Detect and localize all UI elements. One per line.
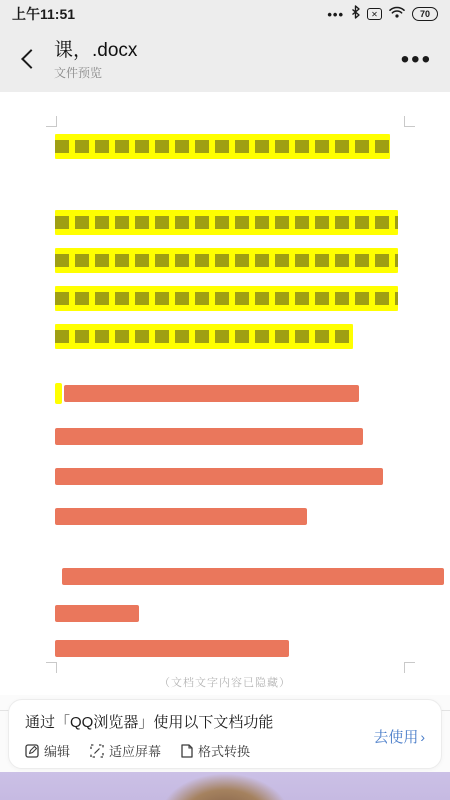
redacted-text-line bbox=[64, 385, 359, 402]
redacted-highlight-line bbox=[55, 210, 398, 235]
file-title: 课，.docx bbox=[54, 39, 399, 63]
redacted-text-line bbox=[55, 428, 363, 445]
more-menu-button[interactable]: ••• bbox=[399, 49, 434, 71]
redacted-highlight-line bbox=[55, 286, 398, 311]
battery-icon: 70 bbox=[412, 7, 438, 21]
fit-screen-button[interactable]: 适应屏幕 bbox=[90, 741, 161, 760]
redacted-highlight-line bbox=[55, 324, 353, 349]
feature-card-title: 通过「QQ浏览器」使用以下文档功能 bbox=[25, 711, 425, 732]
page-margin-mark bbox=[46, 662, 57, 673]
back-button[interactable] bbox=[16, 47, 42, 73]
no-sim-icon: ✕ bbox=[367, 8, 382, 20]
chevron-right-icon: › bbox=[420, 729, 425, 745]
header-text: 课，.docx 文件预览 bbox=[54, 39, 399, 82]
page-margin-mark bbox=[404, 662, 415, 673]
preview-label: 文件预览 bbox=[54, 64, 399, 81]
document-preview[interactable]: （文档文字内容已隐藏） bbox=[0, 92, 450, 695]
document-photo-edge bbox=[0, 772, 450, 800]
footer-zone: 通过「QQ浏览器」使用以下文档功能 编辑 适应屏幕 bbox=[0, 695, 450, 772]
redacted-text-line bbox=[62, 568, 444, 585]
go-use-label: 去使用 bbox=[373, 726, 418, 747]
document-icon bbox=[181, 744, 193, 758]
redacted-highlight-line bbox=[55, 248, 398, 273]
redacted-text-line bbox=[55, 640, 289, 657]
feature-row: 编辑 适应屏幕 格式转换 bbox=[25, 741, 425, 760]
go-use-button[interactable]: 去使用 › bbox=[373, 726, 425, 747]
app-screen: 上午11:51 ••• ✕ 70 课，.docx 文件预览 ••• bbox=[0, 0, 450, 800]
format-convert-button[interactable]: 格式转换 bbox=[181, 741, 250, 760]
clock: 上午11:51 bbox=[12, 4, 75, 24]
status-icons: ••• ✕ 70 bbox=[327, 5, 438, 24]
redaction-notice: （文档文字内容已隐藏） bbox=[0, 674, 450, 690]
bluetooth-icon bbox=[351, 5, 360, 24]
page-margin-mark bbox=[46, 116, 57, 127]
edit-icon bbox=[25, 744, 39, 758]
status-bar: 上午11:51 ••• ✕ 70 bbox=[0, 0, 450, 28]
edit-label: 编辑 bbox=[44, 741, 70, 760]
redacted-highlight-line bbox=[55, 134, 390, 159]
wifi-icon bbox=[389, 5, 405, 23]
redacted-text-line bbox=[55, 605, 139, 622]
format-convert-label: 格式转换 bbox=[198, 741, 250, 760]
redacted-text-line bbox=[55, 468, 383, 485]
redacted-text-line bbox=[55, 508, 307, 525]
redacted-highlight-mark bbox=[55, 383, 62, 404]
page-margin-mark bbox=[404, 116, 415, 127]
fit-screen-label: 适应屏幕 bbox=[109, 741, 161, 760]
qq-browser-feature-card: 通过「QQ浏览器」使用以下文档功能 编辑 适应屏幕 bbox=[8, 699, 442, 769]
signal-dots-icon: ••• bbox=[327, 8, 344, 21]
edit-button[interactable]: 编辑 bbox=[25, 741, 70, 760]
fit-screen-icon bbox=[90, 744, 104, 758]
preview-header: 课，.docx 文件预览 ••• bbox=[0, 28, 450, 92]
